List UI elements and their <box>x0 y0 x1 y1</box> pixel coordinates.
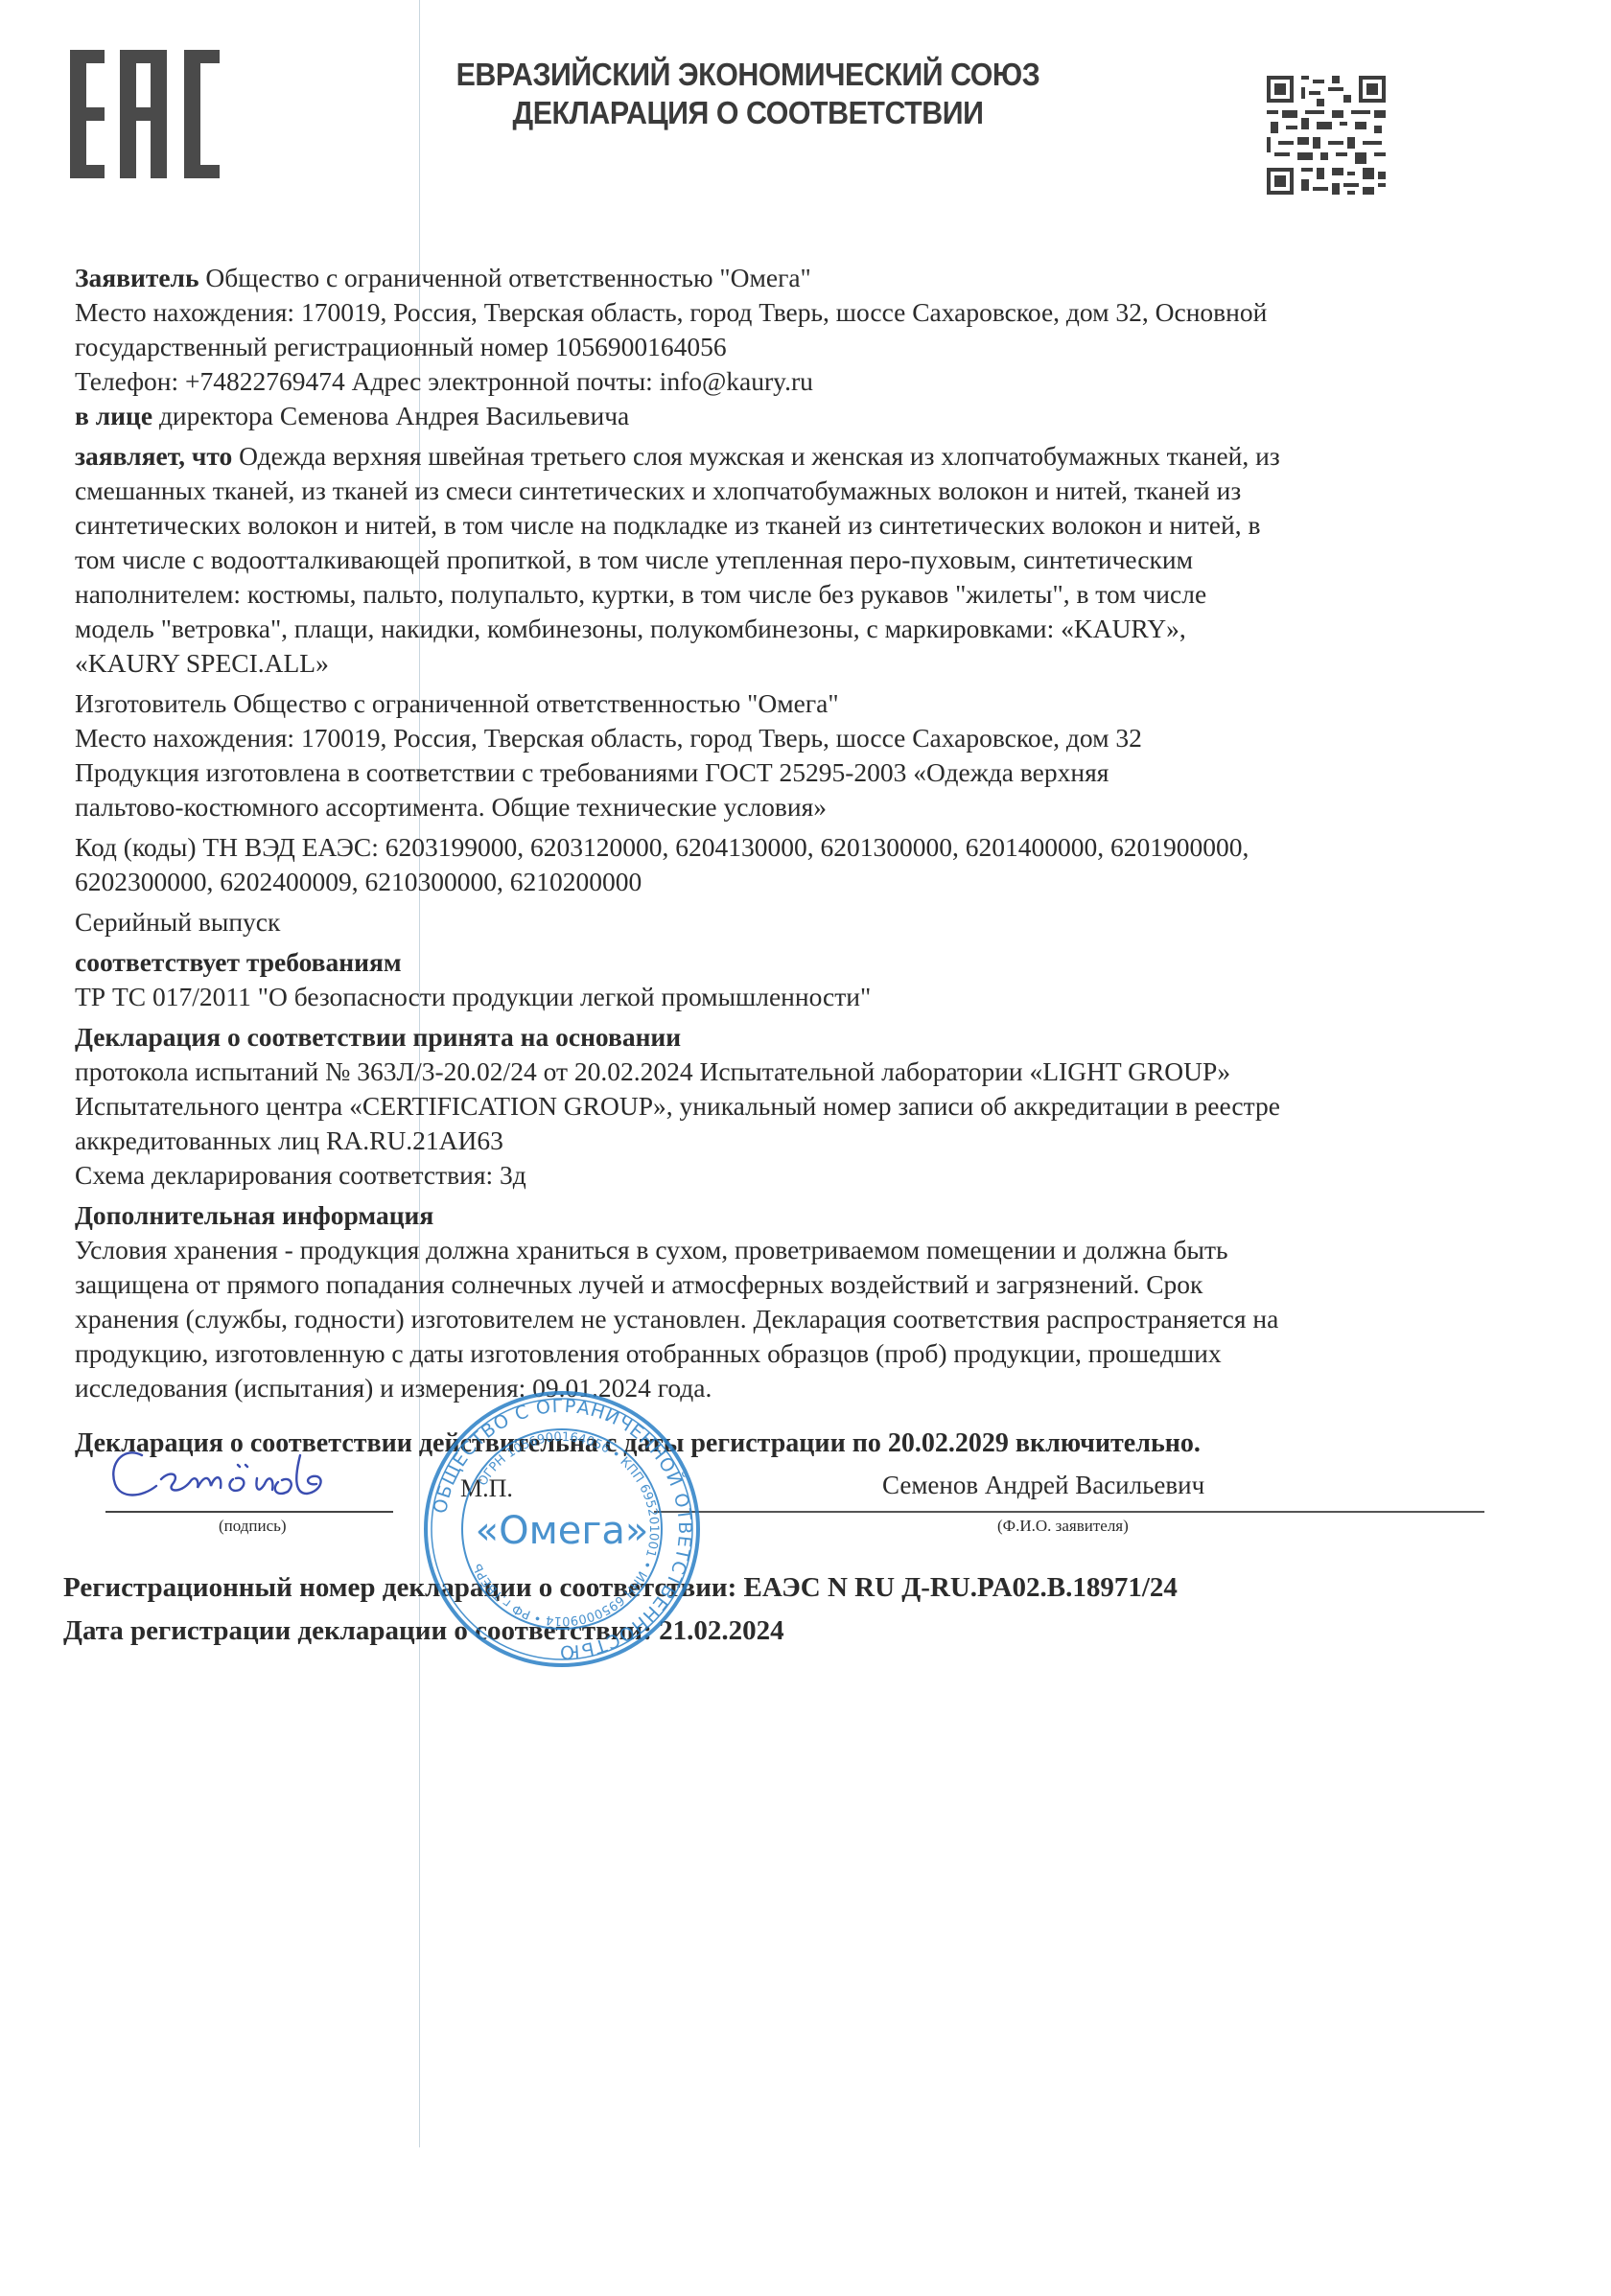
company-stamp-icon: ОБЩЕСТВО С ОГРАНИЧЕННОЙ ОТВЕТСТВЕННОСТЬЮ… <box>418 1385 706 1673</box>
declares-line: смешанных тканей, из тканей из смеси син… <box>75 474 1475 508</box>
additional-info-line: защищена от прямого попадания солнечных … <box>75 1267 1475 1302</box>
declares-line: наполнителем: костюмы, пальто, полупальт… <box>75 577 1475 612</box>
additional-info-label: Дополнительная информация <box>75 1198 1475 1233</box>
test-report-line2: Испытательного центра «CERTIFICATION GRO… <box>75 1089 1475 1124</box>
technical-regulation: ТР ТС 017/2011 "О безопасности продукции… <box>75 980 1475 1014</box>
declares-line: модель "ветровка", плащи, накидки, комби… <box>75 612 1475 646</box>
handwritten-signature <box>104 1436 391 1513</box>
hs-codes-line1: Код (коды) ТН ВЭД ЕАЭС: 6203199000, 6203… <box>75 830 1475 865</box>
declares-line: «KAURY SPECI.ALL» <box>75 646 1475 681</box>
svg-text:«Омега»: «Омега» <box>476 1509 649 1553</box>
declares-label: заявляет, что <box>75 441 232 471</box>
document-header: ЕВРАЗИЙСКИЙ ЭКОНОМИЧЕСКИЙ СОЮЗ ДЕКЛАРАЦИ… <box>412 56 1083 132</box>
additional-info-line: Условия хранения - продукция должна хран… <box>75 1233 1475 1267</box>
applicant-full-name: Семенов Андрей Васильевич <box>882 1471 1204 1500</box>
declares-line: том числе с водоотталкивающей пропиткой,… <box>75 543 1475 577</box>
signature-line <box>105 1511 393 1513</box>
applicant-label: Заявитель <box>75 263 199 292</box>
header-declaration-title: ДЕКЛАРАЦИЯ О СООТВЕТСТВИИ <box>412 94 1083 132</box>
applicant-contacts: Телефон: +74822769474 Адрес электронной … <box>75 364 1475 399</box>
manufacturer-address: Место нахождения: 170019, Россия, Тверск… <box>75 721 1475 755</box>
additional-info-line: исследования (испытания) и измерения: 09… <box>75 1371 1475 1405</box>
eac-logo-icon <box>70 50 220 178</box>
applicant-address-line1: Место нахождения: 170019, Россия, Тверск… <box>75 295 1475 330</box>
test-report-line1: протокола испытаний № 363Л/3-20.02/24 от… <box>75 1055 1475 1089</box>
manufacturer-standard-line2: пальтово-костюмного ассортимента. Общие … <box>75 790 1475 824</box>
qr-code-icon <box>1263 72 1389 198</box>
applicant-address-line2: государственный регистрационный номер 10… <box>75 330 1475 364</box>
header-union-title: ЕВРАЗИЙСКИЙ ЭКОНОМИЧЕСКИЙ СОЮЗ <box>412 56 1083 94</box>
additional-info-line: хранения (службы, годности) изготовителе… <box>75 1302 1475 1336</box>
conformity-label: соответствует требованиям <box>75 945 1475 980</box>
declares-line: Одежда верхняя швейная третьего слоя муж… <box>232 441 1279 471</box>
basis-section: Декларация о соответствии принята на осн… <box>75 1020 1475 1193</box>
manufacturer-name: Изготовитель Общество с ограниченной отв… <box>75 686 1475 721</box>
represented-label: в лице <box>75 401 152 430</box>
test-report-line3: аккредитованных лиц RA.RU.21АИ63 <box>75 1124 1475 1158</box>
hs-codes-line2: 6202300000, 6202400009, 6210300000, 6210… <box>75 865 1475 899</box>
declares-line: синтетических волокон и нитей, в том чис… <box>75 508 1475 543</box>
production-type: Серийный выпуск <box>75 905 1475 939</box>
manufacturer-section: Изготовитель Общество с ограниченной отв… <box>75 686 1475 939</box>
declaration-scheme: Схема декларирования соответствия: 3д <box>75 1158 1475 1193</box>
represented-by: директора Семенова Андрея Васильевича <box>152 401 629 430</box>
additional-info-section: Дополнительная информация Условия хранен… <box>75 1198 1475 1405</box>
declares-section: заявляет, что Одежда верхняя швейная тре… <box>75 439 1475 681</box>
signature-caption: (подпись) <box>219 1517 287 1536</box>
applicant-name: Общество с ограниченной ответственностью… <box>199 263 811 292</box>
name-line <box>654 1511 1484 1513</box>
manufacturer-standard-line1: Продукция изготовлена в соответствии с т… <box>75 755 1475 790</box>
applicant-section: Заявитель Общество с ограниченной ответс… <box>75 261 1475 433</box>
name-caption: (Ф.И.О. заявителя) <box>997 1517 1129 1536</box>
declaration-body: Заявитель Общество с ограниченной ответс… <box>75 261 1475 1405</box>
additional-info-line: продукцию, изготовленную с даты изготовл… <box>75 1336 1475 1371</box>
conformity-section: соответствует требованиям ТР ТС 017/2011… <box>75 945 1475 1014</box>
basis-label: Декларация о соответствии принята на осн… <box>75 1020 1475 1055</box>
